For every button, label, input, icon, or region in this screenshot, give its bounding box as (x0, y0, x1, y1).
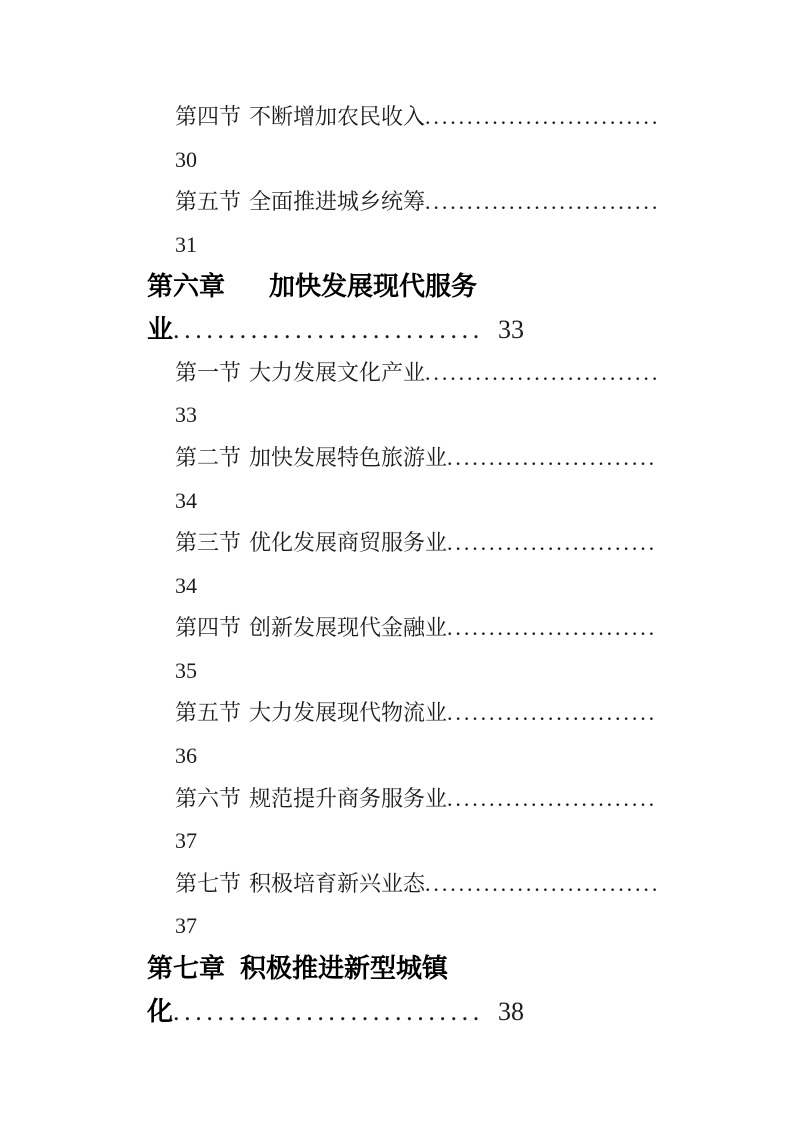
chapter-title-line2: 化 (147, 999, 173, 1026)
toc-section-entry: 第二节加快发展特色旅游业............................… (175, 435, 657, 478)
chapter-dot-leader: ........................................… (173, 999, 484, 1026)
toc-chapter-wrap-line: 业.......................................… (147, 307, 524, 350)
toc-page-number-line: 37 (175, 903, 657, 946)
section-label: 第七节 (175, 873, 241, 895)
page-number: 37 (175, 915, 197, 937)
dot-leader: ........................................… (447, 617, 657, 639)
toc-page-number-line: 36 (175, 733, 657, 776)
dot-leader: ........................................… (425, 873, 657, 895)
chapter-title-line2: 业 (147, 317, 173, 344)
page-number: 33 (175, 404, 197, 426)
toc-chapter-entry: 第六章加快发展现代服务 (147, 264, 793, 307)
toc-section-entry: 第五节大力发展现代物流业............................… (175, 690, 657, 733)
section-title: 优化发展商贸服务业 (249, 532, 447, 554)
toc-page-number-line: 33 (175, 392, 657, 435)
toc-page-number-line: 37 (175, 818, 657, 861)
toc-page-number-line: 31 (175, 222, 657, 265)
toc-chapter-wrap-line: 化.......................................… (147, 988, 524, 1031)
section-label: 第一节 (175, 362, 241, 384)
document-page: 第四节不断增加农民收入.............................… (0, 0, 793, 1122)
toc-section-entry: 第四节创新发展现代金融业............................… (175, 605, 657, 648)
section-label: 第三节 (175, 532, 241, 554)
chapter-label: 第七章 (147, 956, 225, 983)
page-number: 34 (175, 575, 197, 597)
dot-leader: ........................................… (447, 702, 657, 724)
section-title: 积极培育新兴业态 (249, 873, 425, 895)
section-title: 创新发展现代金融业 (249, 617, 447, 639)
section-title: 大力发展现代物流业 (249, 702, 447, 724)
chapter-title-line1: 加快发展现代服务 (269, 274, 477, 301)
dot-leader: ........................................… (447, 788, 657, 810)
section-label: 第二节 (175, 447, 241, 469)
chapter-dot-leader: ........................................… (173, 317, 484, 344)
page-number: 37 (175, 830, 197, 852)
section-label: 第五节 (175, 191, 241, 213)
toc-section-entry: 第六节规范提升商务服务业............................… (175, 776, 657, 819)
dot-leader: ........................................… (447, 447, 657, 469)
toc-section-entry: 第四节不断增加农民收入.............................… (175, 94, 657, 137)
toc-page-number-line: 34 (175, 477, 657, 520)
chapter-page-number: 33 (498, 317, 524, 344)
section-label: 第四节 (175, 617, 241, 639)
section-label: 第六节 (175, 788, 241, 810)
section-label: 第四节 (175, 106, 241, 128)
toc-page-number-line: 34 (175, 563, 657, 606)
dot-leader: ........................................… (425, 362, 657, 384)
chapter-title-line1: 积极推进新型城镇 (240, 956, 448, 983)
toc-page-number-line: 35 (175, 648, 657, 691)
dot-leader: ........................................… (447, 532, 657, 554)
chapter-label: 第六章 (147, 274, 225, 301)
page-number: 35 (175, 660, 197, 682)
toc-section-entry: 第三节优化发展商贸服务业............................… (175, 520, 657, 563)
dot-leader: ........................................… (425, 191, 657, 213)
toc-section-entry: 第一节大力发展文化产业.............................… (175, 350, 657, 393)
section-title: 不断增加农民收入 (249, 106, 425, 128)
dot-leader: ........................................… (425, 106, 657, 128)
section-label: 第五节 (175, 702, 241, 724)
toc-chapter-entry: 第七章积极推进新型城镇 (147, 946, 793, 989)
section-title: 加快发展特色旅游业 (249, 447, 447, 469)
page-number: 30 (175, 149, 197, 171)
section-title: 规范提升商务服务业 (249, 788, 447, 810)
toc-section-entry: 第七节积极培育新兴业态.............................… (175, 861, 657, 904)
chapter-page-number: 38 (498, 999, 524, 1026)
section-title: 大力发展文化产业 (249, 362, 425, 384)
toc-section-entry: 第五节全面推进城乡统筹.............................… (175, 179, 657, 222)
page-number: 36 (175, 745, 197, 767)
toc-page-number-line: 30 (175, 137, 657, 180)
page-number: 31 (175, 234, 197, 256)
section-title: 全面推进城乡统筹 (249, 191, 425, 213)
page-number: 34 (175, 490, 197, 512)
